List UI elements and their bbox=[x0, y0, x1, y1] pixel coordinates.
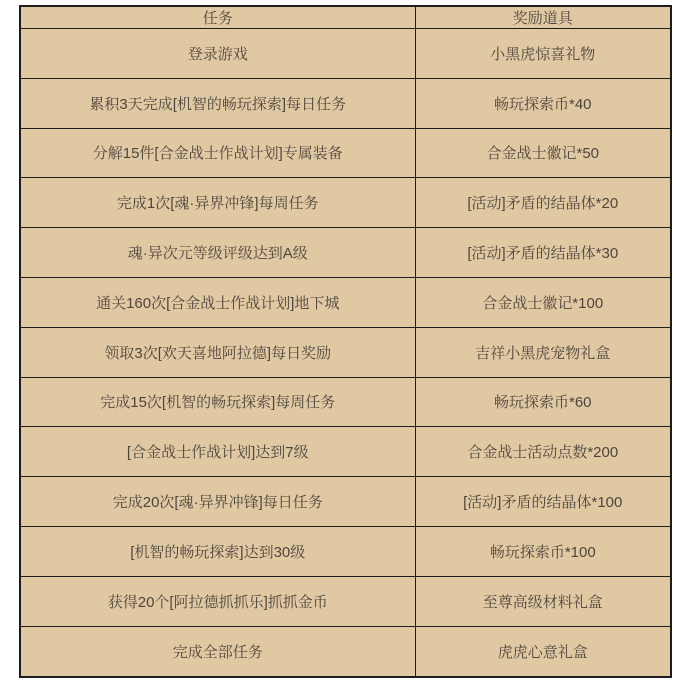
reward-cell: 合金战士徽记*50 bbox=[415, 128, 671, 178]
header-row: 任务 奖励道具 bbox=[20, 6, 671, 29]
table-row: 完成全部任务虎虎心意礼盒 bbox=[20, 626, 671, 677]
task-cell: 领取3次[欢天喜地阿拉德]每日奖励 bbox=[20, 327, 415, 377]
reward-cell: [活动]矛盾的结晶体*20 bbox=[415, 178, 671, 228]
reward-cell: 小黑虎惊喜礼物 bbox=[415, 29, 671, 79]
table-row: 领取3次[欢天喜地阿拉德]每日奖励吉祥小黑虎宠物礼盒 bbox=[20, 327, 671, 377]
task-cell: 获得20个[阿拉德抓抓乐]抓抓金币 bbox=[20, 576, 415, 626]
table-row: [机智的畅玩探索]达到30级畅玩探索币*100 bbox=[20, 526, 671, 576]
reward-cell: 合金战士徽记*100 bbox=[415, 277, 671, 327]
column-header-task: 任务 bbox=[20, 6, 415, 29]
reward-cell: 畅玩探索币*100 bbox=[415, 526, 671, 576]
table-row: 累积3天完成[机智的畅玩探索]每日任务畅玩探索币*40 bbox=[20, 78, 671, 128]
task-cell: 魂·异次元等级评级达到A级 bbox=[20, 228, 415, 278]
reward-cell: [活动]矛盾的结晶体*100 bbox=[415, 477, 671, 527]
table-row: [合金战士作战计划]达到7级合金战士活动点数*200 bbox=[20, 427, 671, 477]
reward-cell: 吉祥小黑虎宠物礼盒 bbox=[415, 327, 671, 377]
reward-cell: [活动]矛盾的结晶体*30 bbox=[415, 228, 671, 278]
task-cell: 累积3天完成[机智的畅玩探索]每日任务 bbox=[20, 78, 415, 128]
table-row: 通关160次[合金战士作战计划]地下城合金战士徽记*100 bbox=[20, 277, 671, 327]
table-row: 分解15件[合金战士作战计划]专属装备合金战士徽记*50 bbox=[20, 128, 671, 178]
column-header-reward: 奖励道具 bbox=[415, 6, 671, 29]
reward-cell: 畅玩探索币*40 bbox=[415, 78, 671, 128]
task-cell: 完成1次[魂·异界冲锋]每周任务 bbox=[20, 178, 415, 228]
table-body: 登录游戏小黑虎惊喜礼物累积3天完成[机智的畅玩探索]每日任务畅玩探索币*40分解… bbox=[20, 29, 671, 678]
task-cell: 分解15件[合金战士作战计划]专属装备 bbox=[20, 128, 415, 178]
table-row: 魂·异次元等级评级达到A级[活动]矛盾的结晶体*30 bbox=[20, 228, 671, 278]
task-cell: [机智的畅玩探索]达到30级 bbox=[20, 526, 415, 576]
reward-cell: 虎虎心意礼盒 bbox=[415, 626, 671, 677]
task-cell: 登录游戏 bbox=[20, 29, 415, 79]
task-cell: 通关160次[合金战士作战计划]地下城 bbox=[20, 277, 415, 327]
reward-cell: 至尊高级材料礼盒 bbox=[415, 576, 671, 626]
task-cell: 完成15次[机智的畅玩探索]每周任务 bbox=[20, 377, 415, 427]
table-row: 完成1次[魂·异界冲锋]每周任务[活动]矛盾的结晶体*20 bbox=[20, 178, 671, 228]
table-row: 完成15次[机智的畅玩探索]每周任务畅玩探索币*60 bbox=[20, 377, 671, 427]
table-row: 完成20次[魂·异界冲锋]每日任务[活动]矛盾的结晶体*100 bbox=[20, 477, 671, 527]
reward-cell: 畅玩探索币*60 bbox=[415, 377, 671, 427]
table-row: 登录游戏小黑虎惊喜礼物 bbox=[20, 29, 671, 79]
task-cell: 完成20次[魂·异界冲锋]每日任务 bbox=[20, 477, 415, 527]
task-cell: [合金战士作战计划]达到7级 bbox=[20, 427, 415, 477]
task-reward-table: 任务 奖励道具 登录游戏小黑虎惊喜礼物累积3天完成[机智的畅玩探索]每日任务畅玩… bbox=[19, 5, 672, 678]
task-cell: 完成全部任务 bbox=[20, 626, 415, 677]
table-row: 获得20个[阿拉德抓抓乐]抓抓金币至尊高级材料礼盒 bbox=[20, 576, 671, 626]
reward-cell: 合金战士活动点数*200 bbox=[415, 427, 671, 477]
